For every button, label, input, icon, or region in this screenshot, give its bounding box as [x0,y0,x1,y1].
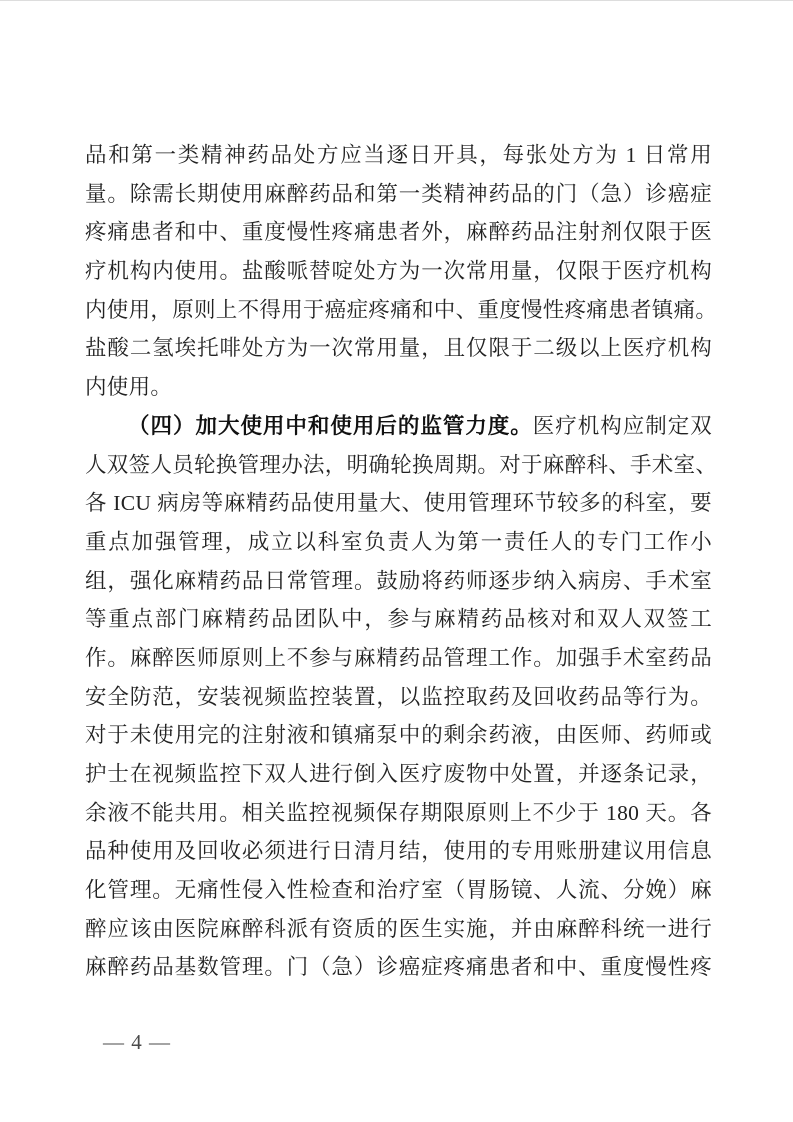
text-line: 作。麻醉医师原则上不参与麻精药品管理工作。加强手术室药品 [85,639,712,678]
text-segment: 安全防范，安装视频监控装置，以监控取药及回收药品等行为。 [85,685,712,709]
text-segment: 盐酸二氢埃托啡处方为一次常用量，且仅限于二级以上医疗机构 [85,336,712,360]
text-line: 量。除需长期使用麻醉药品和第一类精神药品的门（急）诊癌症 [85,175,712,214]
text-segment: 量。除需长期使用麻醉药品和第一类精神药品的门（急）诊癌症 [85,182,712,206]
text-line: 护士在视频监控下双人进行倒入医疗废物中处置，并逐条记录， [85,755,712,794]
text-line: 疗机构内使用。盐酸哌替啶处方为一次常用量，仅限于医疗机构 [85,252,712,291]
text-segment: 品和第一类精神药品处方应当逐日开具，每张处方为 1 日常用 [85,143,712,167]
text-line: 品和第一类精神药品处方应当逐日开具，每张处方为 1 日常用 [85,136,712,175]
text-segment: 麻醉药品基数管理。门（急）诊癌症疼痛患者和中、重度慢性疼 [85,955,712,979]
text-segment: 内使用。 [85,375,172,399]
text-segment: 组，强化麻精药品日常管理。鼓励将药师逐步纳入病房、手术室 [85,569,712,593]
text-segment: 医疗机构应制定双 [533,414,712,438]
text-line: 重点加强管理，成立以科室负责人为第一责任人的专门工作小 [85,523,712,562]
text-segment: 作。麻醉医师原则上不参与麻精药品管理工作。加强手术室药品 [85,646,712,670]
page-number: — 4 — [103,1030,171,1054]
text-segment: 重点加强管理，成立以科室负责人为第一责任人的专门工作小 [85,530,712,554]
text-line: 疼痛患者和中、重度慢性疼痛患者外，麻醉药品注射剂仅限于医 [85,213,712,252]
text-segment: 余液不能共用。相关监控视频保存期限原则上不少于 180 天。各 [85,801,712,825]
document-page: 品和第一类精神药品处方应当逐日开具，每张处方为 1 日常用量。除需长期使用麻醉药… [0,0,793,1122]
text-line: 安全防范，安装视频监控装置，以监控取药及回收药品等行为。 [85,678,712,717]
page-footer: — 4 — [103,1029,171,1055]
text-line: 人双签人员轮换管理办法，明确轮换周期。对于麻醉科、手术室、 [85,446,712,485]
text-segment: 各 ICU 病房等麻精药品使用量大、使用管理环节较多的科室，要 [85,491,712,515]
text-line: 对于未使用完的注射液和镇痛泵中的剩余药液，由医师、药师或 [85,716,712,755]
text-line: 内使用，原则上不得用于癌症疼痛和中、重度慢性疼痛患者镇痛。 [85,291,712,330]
text-segment: 对于未使用完的注射液和镇痛泵中的剩余药液，由医师、药师或 [85,723,712,747]
text-line: 品种使用及回收必须进行日清月结，使用的专用账册建议用信息 [85,832,712,871]
text-line: 醉应该由医院麻醉科派有资质的医生实施，并由麻醉科统一进行 [85,910,712,949]
scan-artifact-line [0,0,793,1]
text-line: 组，强化麻精药品日常管理。鼓励将药师逐步纳入病房、手术室 [85,562,712,601]
text-segment: 疗机构内使用。盐酸哌替啶处方为一次常用量，仅限于医疗机构 [85,259,712,283]
text-segment: 化管理。无痛性侵入性检查和治疗室（胃肠镜、人流、分娩）麻 [85,878,712,902]
text-segment: 人双签人员轮换管理办法，明确轮换周期。对于麻醉科、手术室、 [85,453,717,477]
section-heading: （四）加大使用中和使用后的监管力度。 [128,414,533,438]
text-segment: 品种使用及回收必须进行日清月结，使用的专用账册建议用信息 [85,839,712,863]
text-line: 等重点部门麻精药品团队中，参与麻精药品核对和双人双签工 [85,600,712,639]
text-segment: 内使用，原则上不得用于癌症疼痛和中、重度慢性疼痛患者镇痛。 [85,298,717,322]
text-line: （四）加大使用中和使用后的监管力度。医疗机构应制定双 [85,407,712,446]
text-segment: 护士在视频监控下双人进行倒入医疗废物中处置，并逐条记录， [85,762,712,786]
text-line: 内使用。 [85,368,712,407]
text-segment: 疼痛患者和中、重度慢性疼痛患者外，麻醉药品注射剂仅限于医 [85,220,712,244]
text-line: 化管理。无痛性侵入性检查和治疗室（胃肠镜、人流、分娩）麻 [85,871,712,910]
text-line: 麻醉药品基数管理。门（急）诊癌症疼痛患者和中、重度慢性疼 [85,948,712,987]
text-line: 余液不能共用。相关监控视频保存期限原则上不少于 180 天。各 [85,794,712,833]
text-segment: 等重点部门麻精药品团队中，参与麻精药品核对和双人双签工 [85,607,712,631]
text-line: 各 ICU 病房等麻精药品使用量大、使用管理环节较多的科室，要 [85,484,712,523]
text-segment: 醉应该由医院麻醉科派有资质的医生实施，并由麻醉科统一进行 [85,917,712,941]
text-line: 盐酸二氢埃托啡处方为一次常用量，且仅限于二级以上医疗机构 [85,329,712,368]
text-block: 品和第一类精神药品处方应当逐日开具，每张处方为 1 日常用量。除需长期使用麻醉药… [85,136,712,987]
